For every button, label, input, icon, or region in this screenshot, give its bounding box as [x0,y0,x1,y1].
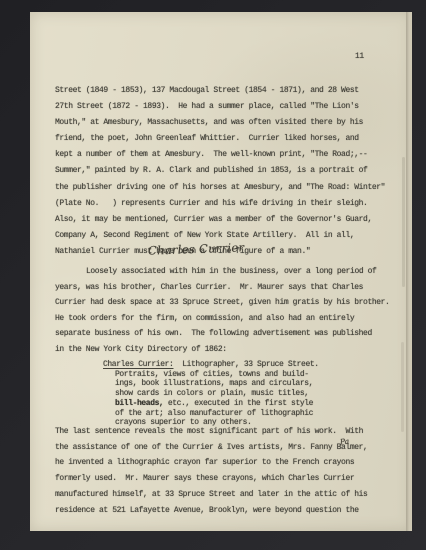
text-line: Mouth," at Amesbury, Massachusetts, and … [55,115,385,131]
text-line: Loosely associated with him in the busin… [55,264,389,280]
paragraph-residences: Street (1849 - 1853), 137 Macdougal Stre… [55,83,385,260]
text-line: The last sentence reveals the most signi… [55,424,367,440]
page-edge-shadow [406,12,412,531]
handwritten-correction: Pa [339,434,350,451]
corrected-name: PaBalmer, [337,443,368,452]
text-line: 27th Street (1872 - 1893). He had a summ… [55,99,385,115]
text-line: kept a number of them at Amesbury. The w… [55,147,385,163]
text-line: show cards in colors or plain, music tit… [103,389,319,399]
paragraph-charles-currier: Loosely associated with him in the busin… [55,264,389,357]
text-line: friend, the poet, John Greenleaf Whittie… [55,131,385,147]
text-line: residence at 521 Lafayette Avenue, Brook… [55,503,367,519]
text-line: of the art; also manufacturer of lithogr… [103,409,319,419]
text-line: manufactured himself, at 33 Spruce Stree… [55,487,367,503]
text-line: ings, book illustrations, maps and circu… [103,379,319,389]
text-line: He took orders for the firm, on commissi… [55,311,389,327]
scan-smudge [402,157,405,287]
document-page: 11 Street (1849 - 1853), 137 Macdougal S… [30,12,412,531]
overstruck-word: bill-heads, [115,399,163,408]
text-line: he invented a lithographic crayon far su… [55,455,367,471]
scan-smudge [401,342,404,432]
text-line: the publisher driving one of his horses … [55,180,385,196]
text-line: years, was his brother, Charles Currier.… [55,280,389,296]
text-line: Currier had desk space at 33 Spruce Stre… [55,295,389,311]
text-line: Charles Currier: Lithographer, 33 Spruce… [103,360,319,370]
text-line: (Plate No. ) represents Currier and his … [55,196,385,212]
advertisement-heading: Charles Currier: [103,360,173,369]
text-line: Street (1849 - 1853), 137 Macdougal Stre… [55,83,385,99]
text-line: Portraits, views of cities, towns and bu… [103,370,319,380]
paragraph-crayons: The last sentence reveals the most signi… [55,424,367,518]
text-line: formerly used. Mr. Maurer says these cra… [55,471,367,487]
text-line: in the New York City Directory of 1862: [55,342,389,358]
text-line: bill-heads, etc., executed in the first … [103,399,319,409]
advertisement-block: Charles Currier: Lithographer, 33 Spruce… [103,360,319,428]
text-line: Summer," painted by R. A. Clark and publ… [55,163,385,179]
text-line: Also, it may be mentioned, Currier was a… [55,212,385,228]
page-number: 11 [355,52,364,61]
advertisement-heading-rest: Lithographer, 33 Spruce Street. [173,360,318,369]
text-line: the assistance of one of the Currier & I… [55,440,367,456]
text-line: separate business of his own. The follow… [55,326,389,342]
